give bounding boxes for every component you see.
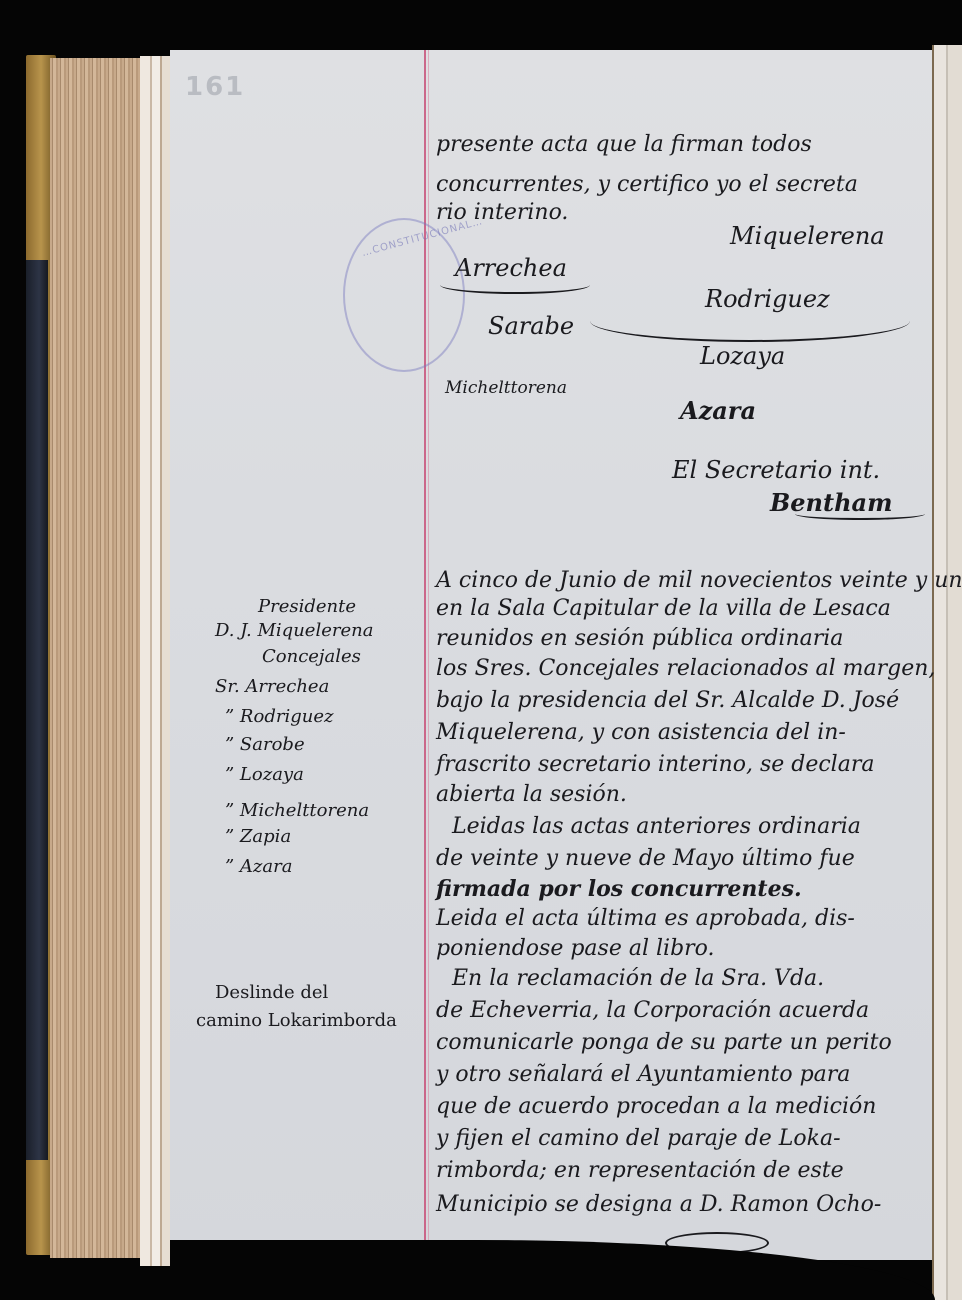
signature-flourish <box>590 300 910 342</box>
text-line: frascrito secretario interino, se declar… <box>436 752 874 777</box>
signature-flourish <box>440 276 590 294</box>
signature-miquelerena: Miquelerena <box>730 222 885 250</box>
concejal-item: ” Michelttorena <box>225 800 369 821</box>
margin-topic-line1: Deslinde del <box>215 982 328 1003</box>
text-line: firmada por los concurrentes. <box>436 876 802 902</box>
secretary-label: El Secretario int. <box>672 456 880 484</box>
text-line: concurrentes, y certifico yo el secreta <box>436 172 858 197</box>
margin-topic-line2: camino Lokarimborda <box>196 1010 397 1031</box>
concejal-item: Sr. Arrechea <box>215 676 329 697</box>
signature-sarabe: Sarabe <box>488 312 574 340</box>
text-line: y otro señalará el Ayuntamiento para <box>436 1062 850 1087</box>
presidente-name: D. J. Miquelerena <box>215 620 373 641</box>
text-line: poniendose pase al libro. <box>436 936 715 961</box>
text-line: Leida el acta última es aprobada, dis- <box>436 906 855 931</box>
concejal-item: ” Sarobe <box>225 734 305 755</box>
page-stack-edge <box>50 58 145 1258</box>
concejal-item: ” Zapia <box>225 826 291 847</box>
text-line: En la reclamación de la Sra. Vda. <box>452 966 824 991</box>
concejal-item: ” Rodriguez <box>225 706 333 727</box>
concejales-label: Concejales <box>262 646 361 667</box>
concejal-item: ” Azara <box>225 856 292 877</box>
text-line: abierta la sesión. <box>436 782 627 807</box>
text-line: de veinte y nueve de Mayo último fue <box>436 846 855 871</box>
page-number: 161 <box>185 72 245 102</box>
text-line: los Sres. Concejales relacionados al mar… <box>436 656 935 681</box>
text-line: rio interino. <box>436 200 568 225</box>
text-line: y fijen el camino del paraje de Loka- <box>436 1126 841 1151</box>
text-line: de Echeverria, la Corporación acuerda <box>436 998 869 1023</box>
book-binding-dark <box>26 260 48 1160</box>
text-line: en la Sala Capitular de la villa de Lesa… <box>436 596 891 621</box>
text-line: comunicarle ponga de su parte un perito <box>436 1030 892 1055</box>
scanned-ledger-scene: 161 …CONSTITUCIONAL… presente acta que l… <box>0 0 962 1300</box>
text-line: bajo la presidencia del Sr. Alcalde D. J… <box>436 688 899 713</box>
signature-flourish <box>795 508 925 520</box>
text-line: que de acuerdo procedan a la medición <box>436 1094 876 1119</box>
facing-page-edge <box>932 45 962 1300</box>
presidente-label: Presidente <box>258 596 356 617</box>
text-line: presente acta que la firman todos <box>436 132 812 157</box>
page-stack-light <box>140 56 170 1266</box>
text-line: Miquelerena, y con asistencia del in- <box>436 720 846 745</box>
signature-michelttorena: Michelttorena <box>445 378 567 398</box>
concejal-item: ” Lozaya <box>225 764 304 785</box>
text-line: Municipio se designa a D. Ramon Ocho- <box>436 1192 881 1217</box>
signature-azara: Azara <box>680 396 756 425</box>
text-line: Leidas las actas anteriores ordinaria <box>452 814 861 839</box>
text-line: reunidos en sesión pública ordinaria <box>436 626 843 651</box>
text-line: A cinco de Junio de mil novecientos vein… <box>436 568 962 593</box>
text-line: rimborda; en representación de este <box>436 1158 844 1183</box>
signature-lozaya: Lozaya <box>700 342 785 370</box>
